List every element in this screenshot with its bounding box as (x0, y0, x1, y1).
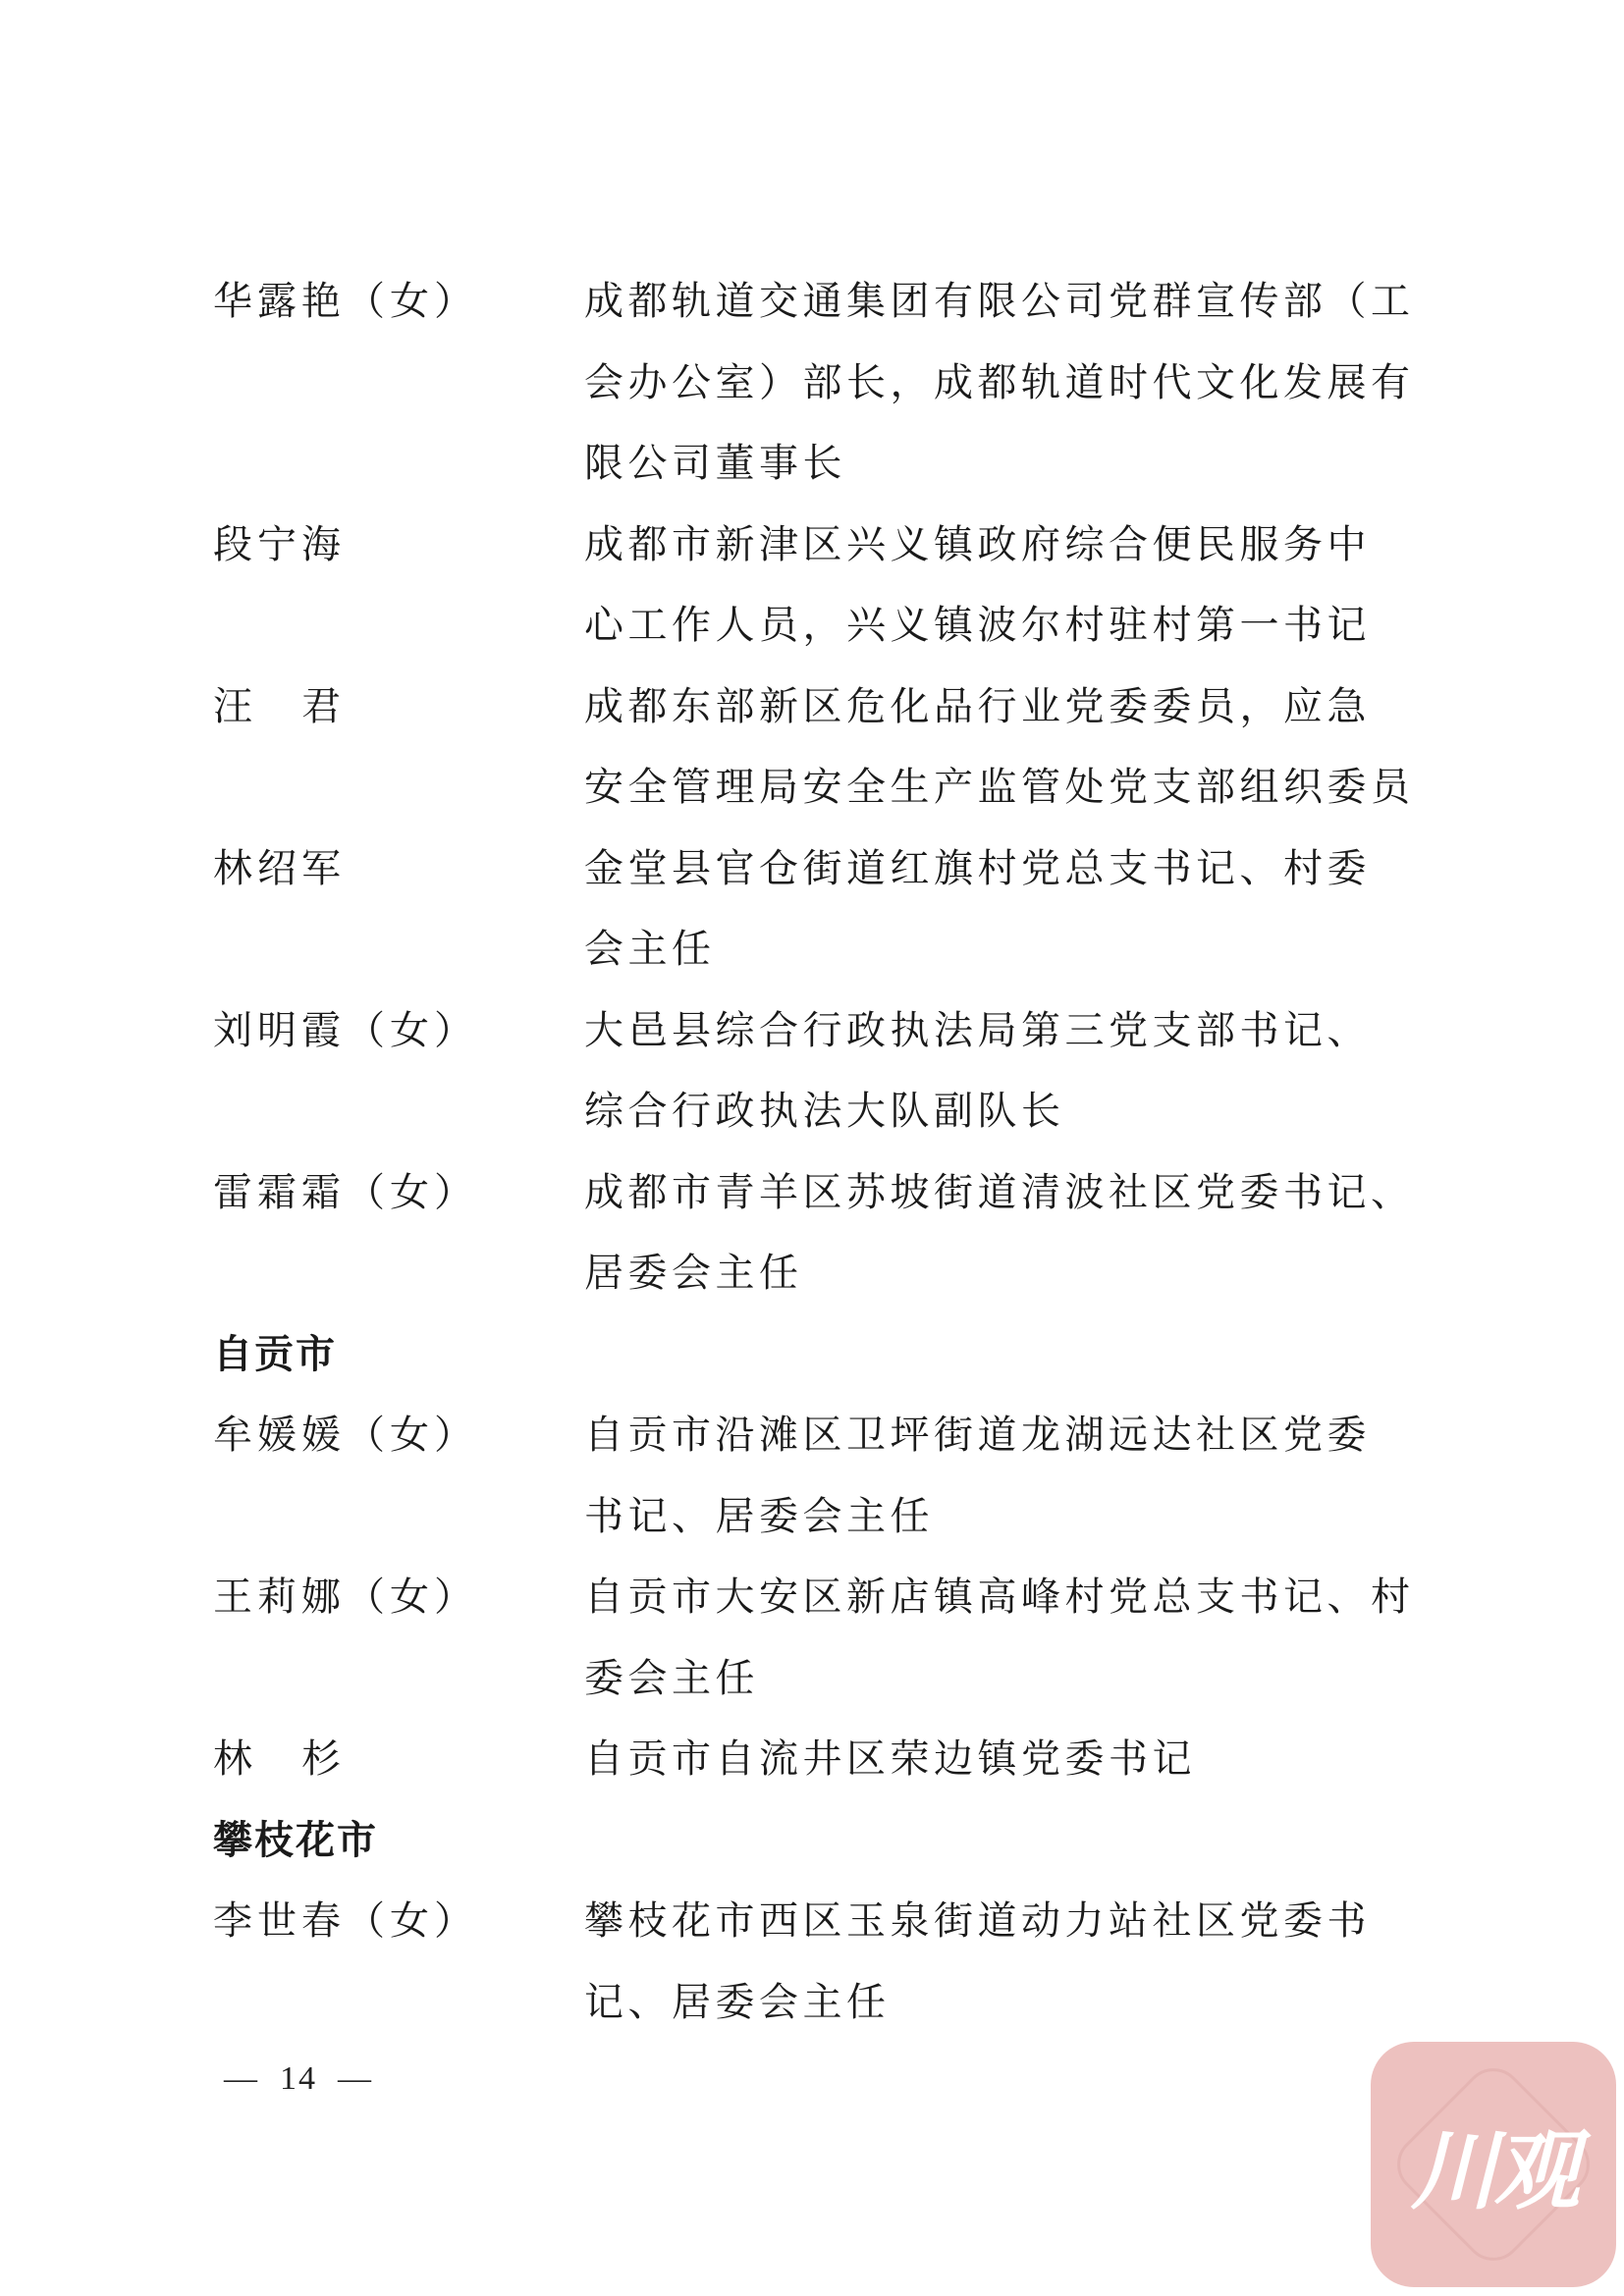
title-line: 委会主任 (584, 1638, 1419, 1720)
person-name: 刘明霞（女） (213, 990, 478, 1072)
chuanguan-logo-watermark: 川观 (1371, 2042, 1616, 2287)
person-title: 大邑县综合行政执法局第三党支部书记、 综合行政执法大队副队长 (584, 990, 1419, 1152)
list-item: 刘明霞（女） 大邑县综合行政执法局第三党支部书记、 综合行政执法大队副队长 (213, 990, 1421, 1152)
title-line: 综合行政执法大队副队长 (584, 1071, 1419, 1152)
person-title: 攀枝花市西区玉泉街道动力站社区党委书 记、居委会主任 (584, 1881, 1419, 2043)
list-item: 林绍军 金堂县官仓街道红旗村党总支书记、村委 会主任 (213, 828, 1421, 990)
person-title: 自贡市自流井区荣边镇党委书记 (584, 1719, 1419, 1800)
title-line: 成都轨道交通集团有限公司党群宣传部（工 (584, 261, 1419, 343)
list-item: 段宁海 成都市新津区兴义镇政府综合便民服务中 心工作人员，兴义镇波尔村驻村第一书… (213, 505, 1421, 667)
list-item: 雷霜霜（女） 成都市青羊区苏坡街道清波社区党委书记、 居委会主任 (213, 1152, 1421, 1314)
person-name: 汪 君 (213, 667, 346, 748)
title-line: 自贡市自流井区荣边镇党委书记 (584, 1719, 1419, 1800)
page-number: — 14 — (224, 2057, 373, 2101)
title-line: 会主任 (584, 909, 1419, 990)
person-title: 成都轨道交通集团有限公司党群宣传部（工 会办公室）部长，成都轨道时代文化发展有 … (584, 261, 1419, 505)
person-name: 王莉娜（女） (213, 1557, 478, 1638)
person-title: 成都东部新区危化品行业党委委员，应急 安全管理局安全生产监管处党支部组织委员 (584, 667, 1419, 828)
title-line: 书记、居委会主任 (584, 1476, 1419, 1558)
person-title: 成都市青羊区苏坡街道清波社区党委书记、 居委会主任 (584, 1152, 1419, 1314)
title-line: 成都市青羊区苏坡街道清波社区党委书记、 (584, 1152, 1419, 1234)
title-line: 记、居委会主任 (584, 1962, 1419, 2044)
title-line: 居委会主任 (584, 1233, 1419, 1314)
title-line: 会办公室）部长，成都轨道时代文化发展有 (584, 343, 1419, 424)
section-heading-zigong: 自贡市 (213, 1314, 1421, 1396)
list-item: 李世春（女） 攀枝花市西区玉泉街道动力站社区党委书 记、居委会主任 (213, 1881, 1421, 2043)
person-name: 华露艳（女） (213, 261, 478, 343)
watermark-text: 川观 (1411, 2103, 1576, 2226)
list-item: 牟媛媛（女） 自贡市沿滩区卫坪街道龙湖远达社区党委 书记、居委会主任 (213, 1395, 1421, 1557)
list-item: 林 杉 自贡市自流井区荣边镇党委书记 (213, 1719, 1421, 1800)
title-line: 大邑县综合行政执法局第三党支部书记、 (584, 990, 1419, 1072)
section-heading-panzhihua: 攀枝花市 (213, 1800, 1421, 1882)
person-name: 牟媛媛（女） (213, 1395, 478, 1476)
title-line: 攀枝花市西区玉泉街道动力站社区党委书 (584, 1881, 1419, 1962)
list-item: 汪 君 成都东部新区危化品行业党委委员，应急 安全管理局安全生产监管处党支部组织… (213, 667, 1421, 828)
title-line: 金堂县官仓街道红旗村党总支书记、村委 (584, 828, 1419, 910)
title-line: 成都市新津区兴义镇政府综合便民服务中 (584, 505, 1419, 586)
title-line: 心工作人员，兴义镇波尔村驻村第一书记 (584, 585, 1419, 667)
person-title: 金堂县官仓街道红旗村党总支书记、村委 会主任 (584, 828, 1419, 990)
person-title: 自贡市大安区新店镇高峰村党总支书记、村 委会主任 (584, 1557, 1419, 1719)
list-item: 王莉娜（女） 自贡市大安区新店镇高峰村党总支书记、村 委会主任 (213, 1557, 1421, 1719)
list-item: 华露艳（女） 成都轨道交通集团有限公司党群宣传部（工 会办公室）部长，成都轨道时… (213, 261, 1421, 505)
title-line: 成都东部新区危化品行业党委委员，应急 (584, 667, 1419, 748)
person-name: 段宁海 (213, 505, 346, 586)
title-line: 安全管理局安全生产监管处党支部组织委员 (584, 747, 1419, 828)
person-title: 自贡市沿滩区卫坪街道龙湖远达社区党委 书记、居委会主任 (584, 1395, 1419, 1557)
title-line: 限公司董事长 (584, 423, 1419, 505)
title-line: 自贡市大安区新店镇高峰村党总支书记、村 (584, 1557, 1419, 1638)
person-name: 林绍军 (213, 828, 346, 910)
name-list: 华露艳（女） 成都轨道交通集团有限公司党群宣传部（工 会办公室）部长，成都轨道时… (213, 261, 1421, 2043)
person-title: 成都市新津区兴义镇政府综合便民服务中 心工作人员，兴义镇波尔村驻村第一书记 (584, 505, 1419, 667)
person-name: 李世春（女） (213, 1881, 478, 1962)
person-name: 雷霜霜（女） (213, 1152, 478, 1234)
person-name: 林 杉 (213, 1719, 346, 1800)
title-line: 自贡市沿滩区卫坪街道龙湖远达社区党委 (584, 1395, 1419, 1476)
document-page: 华露艳（女） 成都轨道交通集团有限公司党群宣传部（工 会办公室）部长，成都轨道时… (0, 0, 1624, 2296)
